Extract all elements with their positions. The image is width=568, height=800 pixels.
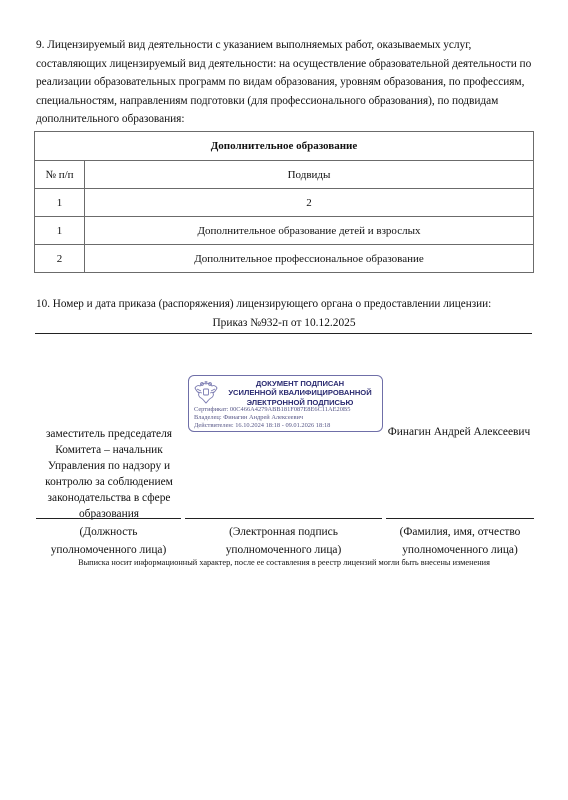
order-number: Приказ №932-п от 10.12.2025 xyxy=(36,317,532,329)
name-line xyxy=(386,518,534,519)
license-subtypes-table: Дополнительное образование № п/п Подвиды… xyxy=(34,131,534,273)
stamp-title-line: УСИЛЕННОЙ КВАЛИФИЦИРОВАННОЙ xyxy=(217,388,383,397)
table-title: Дополнительное образование xyxy=(35,132,534,161)
caption-position: (Должность уполномоченного лица) xyxy=(36,523,181,559)
table-row: 1 Дополнительное образование детей и взр… xyxy=(35,217,534,245)
header-subtypes: Подвиды xyxy=(85,161,534,189)
stamp-title: ДОКУМЕНТ ПОДПИСАН УСИЛЕННОЙ КВАЛИФИЦИРОВ… xyxy=(217,379,383,407)
table-row: 1 2 xyxy=(35,189,534,217)
row-subtype: Дополнительное образование детей и взрос… xyxy=(85,217,534,245)
coat-of-arms-icon xyxy=(193,379,219,405)
order-underline xyxy=(35,333,532,334)
row-number: 1 xyxy=(35,217,85,245)
row-number: 1 xyxy=(35,189,85,217)
row-number: 2 xyxy=(35,245,85,273)
electronic-signature-stamp: ДОКУМЕНТ ПОДПИСАН УСИЛЕННОЙ КВАЛИФИЦИРОВ… xyxy=(188,375,383,432)
signer-position: заместитель председателя Комитета – нача… xyxy=(38,426,180,522)
stamp-owner: Владелец: Финагин Андрей Алексеевич xyxy=(194,414,303,422)
stamp-certificate: Сертификат: 00C466A4279ABB181F087E8E6C11… xyxy=(194,406,350,414)
section-9-text: 9. Лицензируемый вид деятельности с указ… xyxy=(36,36,536,129)
header-number: № п/п xyxy=(35,161,85,189)
position-line xyxy=(36,518,181,519)
caption-signature: (Электронная подпись уполномоченного лиц… xyxy=(205,523,362,559)
section-10-text: 10. Номер и дата приказа (распоряжения) … xyxy=(36,298,536,310)
row-subtype: Дополнительное профессиональное образова… xyxy=(85,245,534,273)
signer-name: Финагин Андрей Алексеевич xyxy=(384,426,534,438)
stamp-title-line: ДОКУМЕНТ ПОДПИСАН xyxy=(217,379,383,388)
footnote: Выписка носит информационный характер, п… xyxy=(34,558,534,567)
caption-name: (Фамилия, имя, отчество уполномоченного … xyxy=(386,523,534,559)
table-row: 2 Дополнительное профессиональное образо… xyxy=(35,245,534,273)
signature-line xyxy=(185,518,382,519)
row-subtype: 2 xyxy=(85,189,534,217)
stamp-validity: Действителен: 16.10.2024 18:18 - 09.01.2… xyxy=(194,422,330,430)
